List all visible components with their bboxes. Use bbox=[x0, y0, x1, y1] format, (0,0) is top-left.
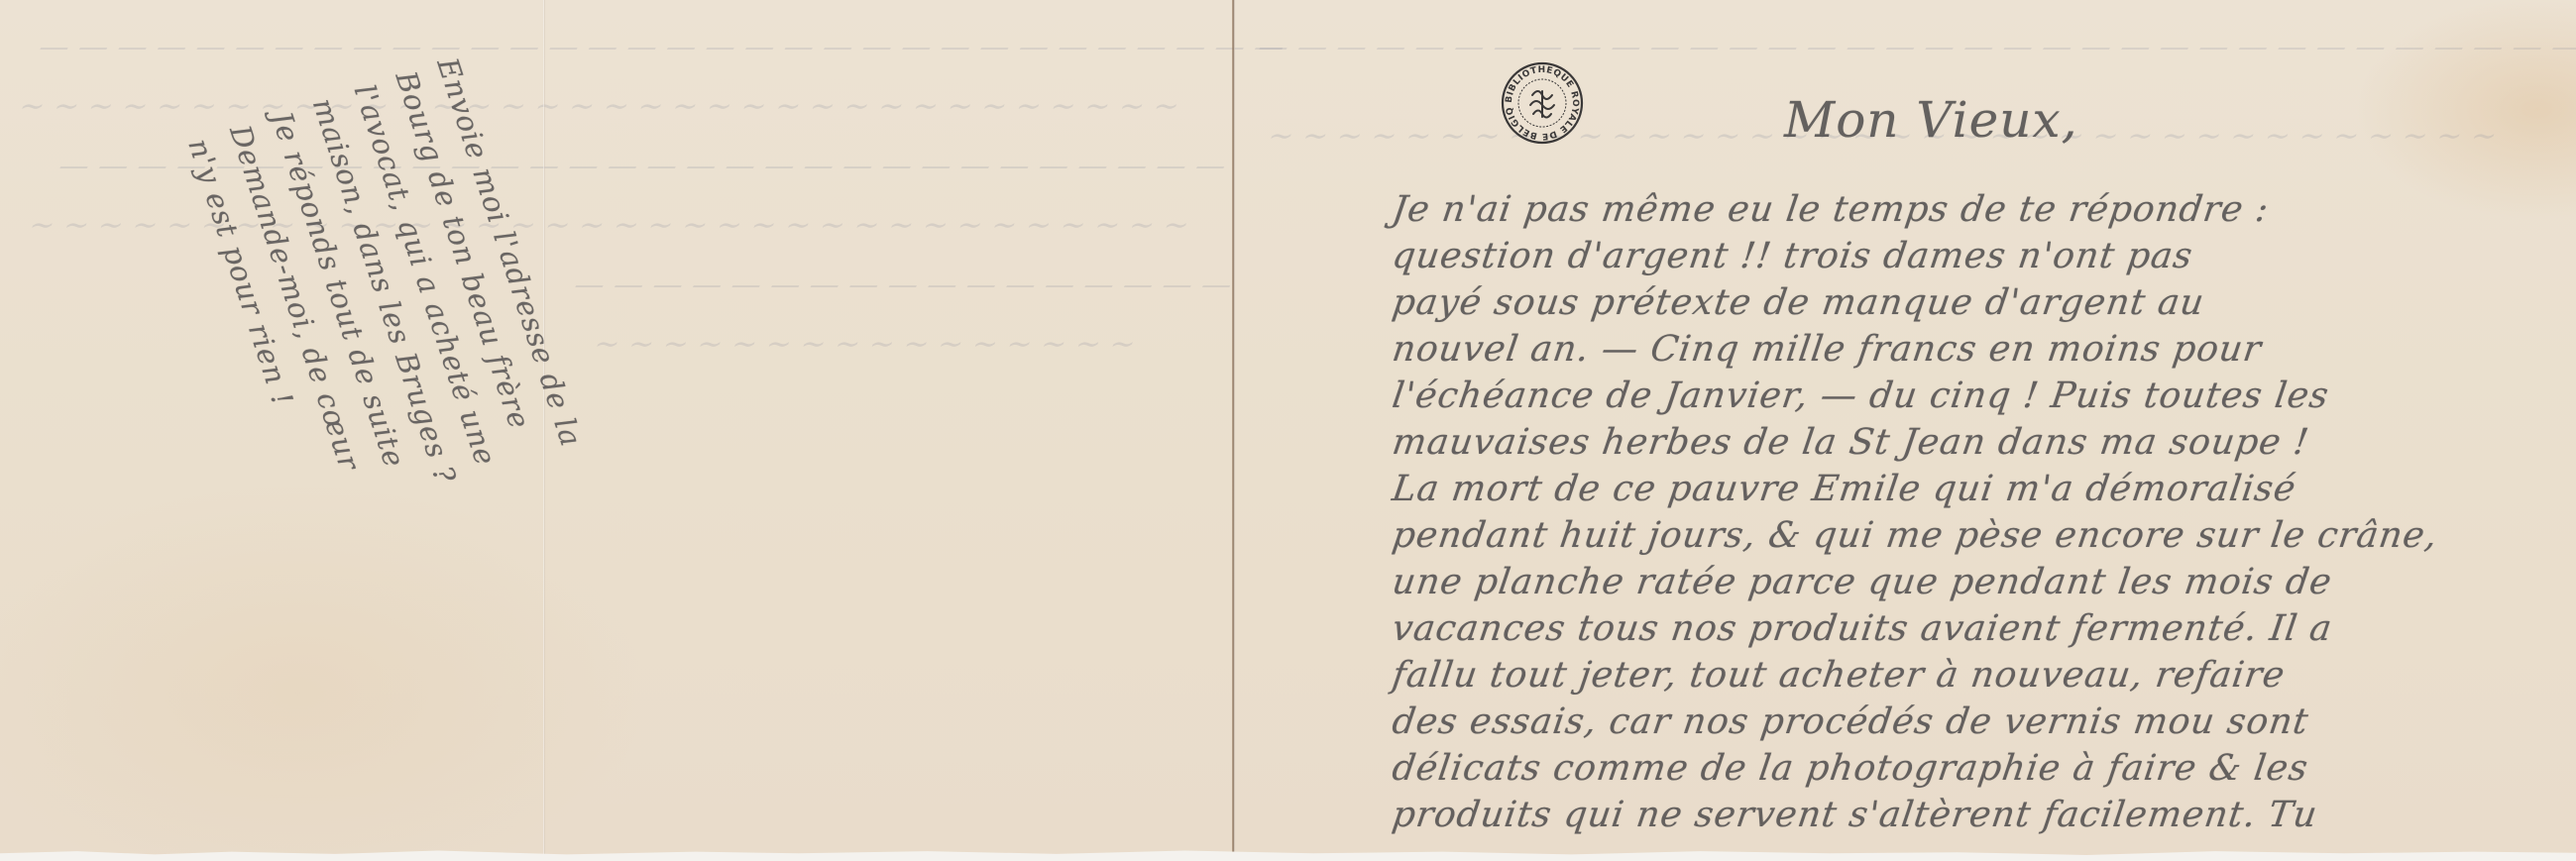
middle-panel-blank bbox=[545, 0, 1232, 856]
left-panel: Envoie moi l'adresse de la Bourg de ton … bbox=[0, 0, 543, 856]
letter-line: pendant huit jours, & qui me pèse encore… bbox=[1390, 512, 2566, 559]
letter-line: payé sous prétexte de manque d'argent au bbox=[1390, 279, 2566, 326]
letter-line: l'échéance de Janvier, — du cinq ! Puis … bbox=[1390, 373, 2566, 419]
letter-line: Je n'ai pas même eu le temps de te répon… bbox=[1390, 186, 2566, 233]
library-stamp-icon: BIBLIOTHEQUE ROYALE DE BELGIQUE bbox=[1501, 61, 1584, 145]
letter-line: fallu tout jeter, tout acheter à nouveau… bbox=[1390, 652, 2566, 699]
letter-line: produits qui ne servent s'altèrent facil… bbox=[1390, 792, 2566, 838]
letter-line: des essais, car nos procédés de vernis m… bbox=[1390, 699, 2566, 745]
letter-line: mauvaises herbes de la St Jean dans ma s… bbox=[1390, 419, 2566, 466]
letter-line: question d'argent !! trois dames n'ont p… bbox=[1390, 233, 2566, 279]
letter-line: délicats comme de la photographie à fair… bbox=[1390, 745, 2566, 792]
letter-line: La mort de ce pauvre Emile qui m'a démor… bbox=[1390, 466, 2566, 512]
letter-line: nouvel an. — Cinq mille francs en moins … bbox=[1390, 326, 2566, 373]
letter-body: Je n'ai pas même eu le temps de te répon… bbox=[1393, 186, 2562, 838]
letter-line: vacances tous nos produits avaient ferme… bbox=[1390, 605, 2566, 652]
letter-line: une planche ratée parce que pendant les … bbox=[1390, 559, 2566, 605]
letter-sheet: — — — — — — — — — — — — — — — — — — — — … bbox=[0, 0, 2576, 856]
salutation: Mon Vieux, bbox=[1784, 91, 2078, 149]
